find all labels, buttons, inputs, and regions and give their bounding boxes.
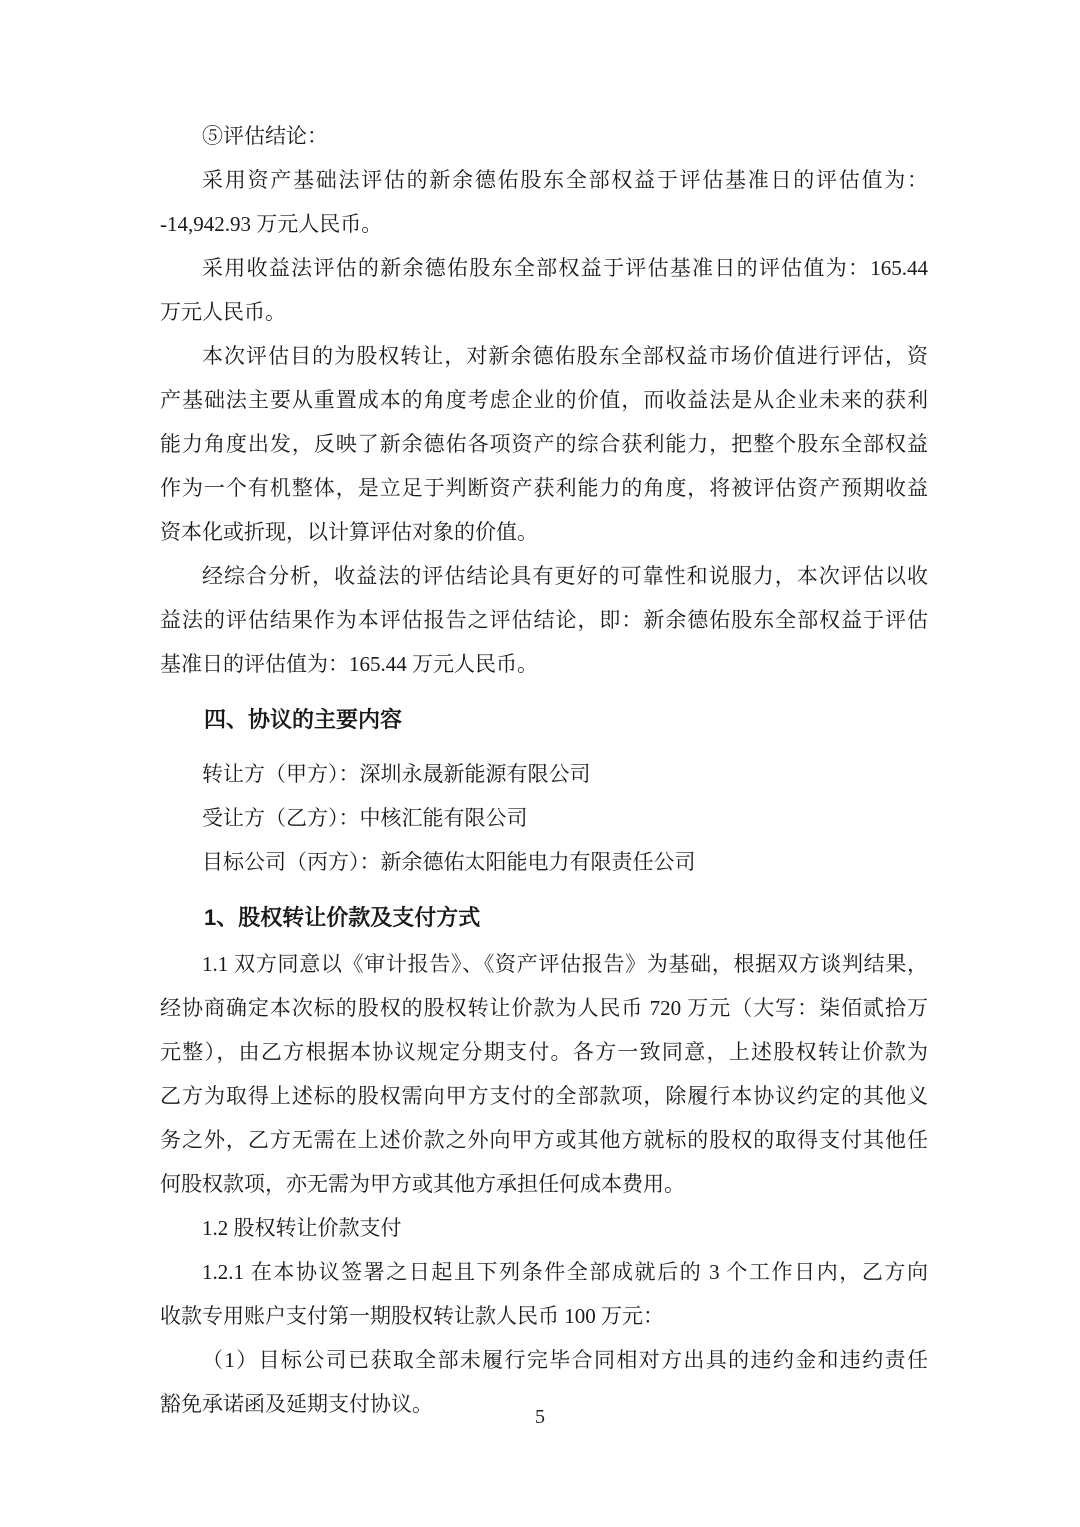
paragraph-line: 元整），由乙方根据本协议规定分期支付。各方一致同意，上述股权转让价款为 bbox=[160, 1030, 928, 1074]
section-heading-agreement-content: 四、协议的主要内容 bbox=[160, 698, 928, 742]
paragraph-line: 何股权款项，亦无需为甲方或其他方承担任何成本费用。 bbox=[160, 1162, 928, 1206]
document-page: ⑤评估结论： 采用资产基础法评估的新余德佑股东全部权益于评估基准日的评估值为： … bbox=[0, 0, 1080, 1527]
asset-basis-value-line: -14,942.93 万元人民币。 bbox=[160, 202, 928, 246]
paragraph-line: 经协商确定本次标的股权的股权转让价款为人民币 720 万元（大写：柒佰贰拾万 bbox=[160, 986, 928, 1030]
paragraph-line: 采用收益法评估的新余德佑股东全部权益于评估基准日的评估值为：165.44 bbox=[160, 246, 928, 290]
paragraph-line: 务之外，乙方无需在上述价款之外向甲方或其他方就标的股权的取得支付其他任 bbox=[160, 1118, 928, 1162]
eval-conclusion-label: ⑤评估结论： bbox=[160, 114, 928, 158]
paragraph-line: 采用资产基础法评估的新余德佑股东全部权益于评估基准日的评估值为： bbox=[160, 158, 928, 202]
paragraph-line: 能力角度出发，反映了新余德佑各项资产的综合获利能力，把整个股东全部权益 bbox=[160, 422, 928, 466]
target-company-line: 目标公司（丙方）：新余德佑太阳能电力有限责任公司 bbox=[160, 840, 928, 884]
transferor-line: 转让方（甲方）：深圳永晟新能源有限公司 bbox=[160, 752, 928, 796]
paragraph-line: 乙方为取得上述标的股权需向甲方支付的全部款项，除履行本协议约定的其他义 bbox=[160, 1074, 928, 1118]
page-number: 5 bbox=[535, 1406, 545, 1428]
clause-1-1-line: 1.1 双方同意以《审计报告》、《资产评估报告》为基础，根据双方谈判结果， bbox=[160, 942, 928, 986]
income-method-value-line: 万元人民币。 bbox=[160, 290, 928, 334]
paragraph-line: 益法的评估结果作为本评估报告之评估结论，即：新余德佑股东全部权益于评估 bbox=[160, 598, 928, 642]
paragraph-line: 经综合分析，收益法的评估结论具有更好的可靠性和说服力，本次评估以收 bbox=[160, 554, 928, 598]
transferee-line: 受让方（乙方）：中核汇能有限公司 bbox=[160, 796, 928, 840]
clause-1-2-1-line: 1.2.1 在本协议签署之日起且下列条件全部成就后的 3 个工作日内，乙方向 bbox=[160, 1250, 928, 1294]
paragraph-line: 资本化或折现，以计算评估对象的价值。 bbox=[160, 510, 928, 554]
paragraph-line: 作为一个有机整体，是立足于判断资产获利能力的角度，将被评估资产预期收益 bbox=[160, 466, 928, 510]
page-footer: 5 bbox=[0, 1406, 1080, 1429]
paragraph-line: 本次评估目的为股权转让，对新余德佑股东全部权益市场价值进行评估，资 bbox=[160, 334, 928, 378]
clause-1-2-heading-line: 1.2 股权转让价款支付 bbox=[160, 1206, 928, 1250]
subsection-heading-transfer-price: 1、股权转让价款及支付方式 bbox=[160, 896, 928, 940]
paragraph-line: 收款专用账户支付第一期股权转让款人民币 100 万元： bbox=[160, 1294, 928, 1338]
document-body: ⑤评估结论： 采用资产基础法评估的新余德佑股东全部权益于评估基准日的评估值为： … bbox=[160, 114, 928, 1426]
condition-1-line: （1）目标公司已获取全部未履行完毕合同相对方出具的违约金和违约责任 bbox=[160, 1338, 928, 1382]
paragraph-line: 产基础法主要从重置成本的角度考虑企业的价值，而收益法是从企业未来的获利 bbox=[160, 378, 928, 422]
final-eval-value-line: 基准日的评估值为：165.44 万元人民币。 bbox=[160, 642, 928, 686]
